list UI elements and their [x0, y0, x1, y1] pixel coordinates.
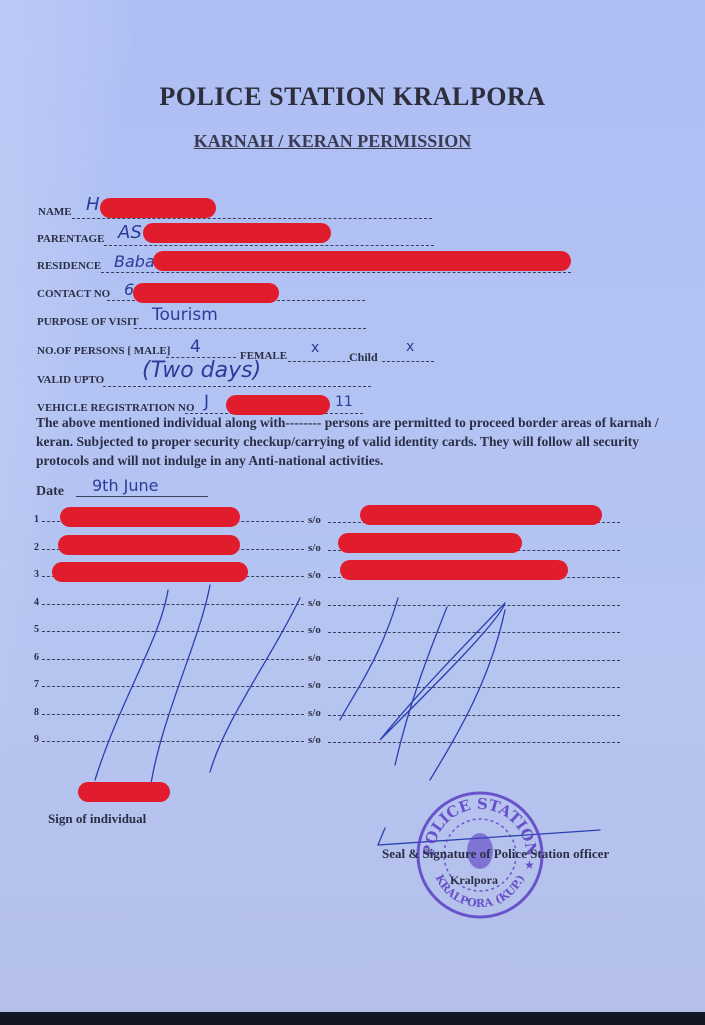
person-name-redaction [60, 507, 240, 527]
valid-upto-label: VALID UPTO [37, 374, 104, 386]
son-of-label: s/o [308, 597, 321, 609]
son-of-label: s/o [308, 652, 321, 664]
contact-redaction [133, 283, 279, 303]
residence-redaction [153, 251, 571, 271]
background-surface [0, 1012, 705, 1025]
parentage-label: PARENTAGE [37, 233, 104, 245]
name-value: H [86, 194, 100, 215]
parentage-value: AS [118, 222, 142, 243]
sign-of-individual-label: Sign of individual [48, 811, 146, 827]
parentage-line [104, 245, 434, 246]
person-row-number: 5 [34, 624, 39, 635]
vehicle-value-prefix: J [204, 392, 209, 412]
seal-sublabel: Kralpora [450, 873, 498, 888]
son-of-label: s/o [308, 624, 321, 636]
person-parent-redaction [338, 533, 522, 553]
person-parent-line [328, 715, 620, 716]
son-of-label: s/o [308, 679, 321, 691]
person-name-redaction [52, 562, 248, 582]
form-title: POLICE STATION KRALPORA [0, 82, 705, 112]
form-subtitle: KARNAH / KERAN PERMISSION [0, 131, 665, 152]
date-value: 9th June [92, 476, 159, 495]
persons-female-line [288, 361, 350, 362]
person-row-number: 7 [34, 679, 39, 690]
name-redaction [100, 198, 216, 218]
contact-label: CONTACT NO [37, 288, 110, 300]
valid-upto-value: (Two days) [142, 358, 261, 383]
person-parent-line [328, 687, 620, 688]
persons-male-label: NO.OF PERSONS [ MALE] [37, 345, 170, 357]
person-row-number: 2 [34, 542, 39, 553]
son-of-label: s/o [308, 542, 321, 554]
person-parent-line [328, 660, 620, 661]
person-parent-line [328, 742, 620, 743]
purpose-line [134, 328, 366, 329]
individual-sign-redaction [78, 782, 170, 802]
son-of-label: s/o [308, 707, 321, 719]
person-parent-redaction [340, 560, 568, 580]
vehicle-value-suffix: 11 [335, 394, 353, 410]
person-name-redaction [58, 535, 240, 555]
person-row-number: 9 [34, 734, 39, 745]
person-parent-line [328, 605, 620, 606]
purpose-value: Tourism [152, 305, 218, 325]
permission-form: POLICE STATION KRALPORA KARNAH / KERAN P… [0, 0, 705, 1012]
son-of-label: s/o [308, 569, 321, 581]
date-line [76, 496, 208, 497]
person-row-number: 3 [34, 569, 39, 580]
purpose-label: PURPOSE OF VISIT [37, 316, 138, 328]
person-name-line [42, 741, 304, 742]
person-name-line [42, 631, 304, 632]
persons-child-value: x [406, 339, 414, 355]
person-parent-line [328, 632, 620, 633]
person-name-line [42, 686, 304, 687]
vehicle-redaction [226, 395, 330, 415]
person-name-line [42, 659, 304, 660]
permission-statement: The above mentioned individual along wit… [36, 413, 686, 470]
name-line [72, 218, 432, 219]
seal-signature-label: Seal & Signature of Police Station offic… [382, 846, 609, 862]
persons-male-value: 4 [190, 337, 201, 357]
name-label: NAME [38, 206, 72, 218]
persons-female-value: x [311, 340, 319, 356]
person-row-number: 4 [34, 597, 39, 608]
date-label: Date [36, 484, 64, 500]
valid-upto-line [103, 386, 371, 387]
person-name-line [42, 714, 304, 715]
parentage-redaction [143, 223, 331, 243]
person-parent-redaction [360, 505, 602, 525]
persons-child-label: Child [349, 350, 378, 365]
son-of-label: s/o [308, 514, 321, 526]
person-row-number: 8 [34, 707, 39, 718]
residence-line [101, 272, 571, 273]
residence-label: RESIDENCE [37, 260, 101, 272]
person-name-line [42, 604, 304, 605]
persons-child-line [382, 361, 434, 362]
person-row-number: 6 [34, 652, 39, 663]
person-row-number: 1 [34, 514, 39, 525]
son-of-label: s/o [308, 734, 321, 746]
